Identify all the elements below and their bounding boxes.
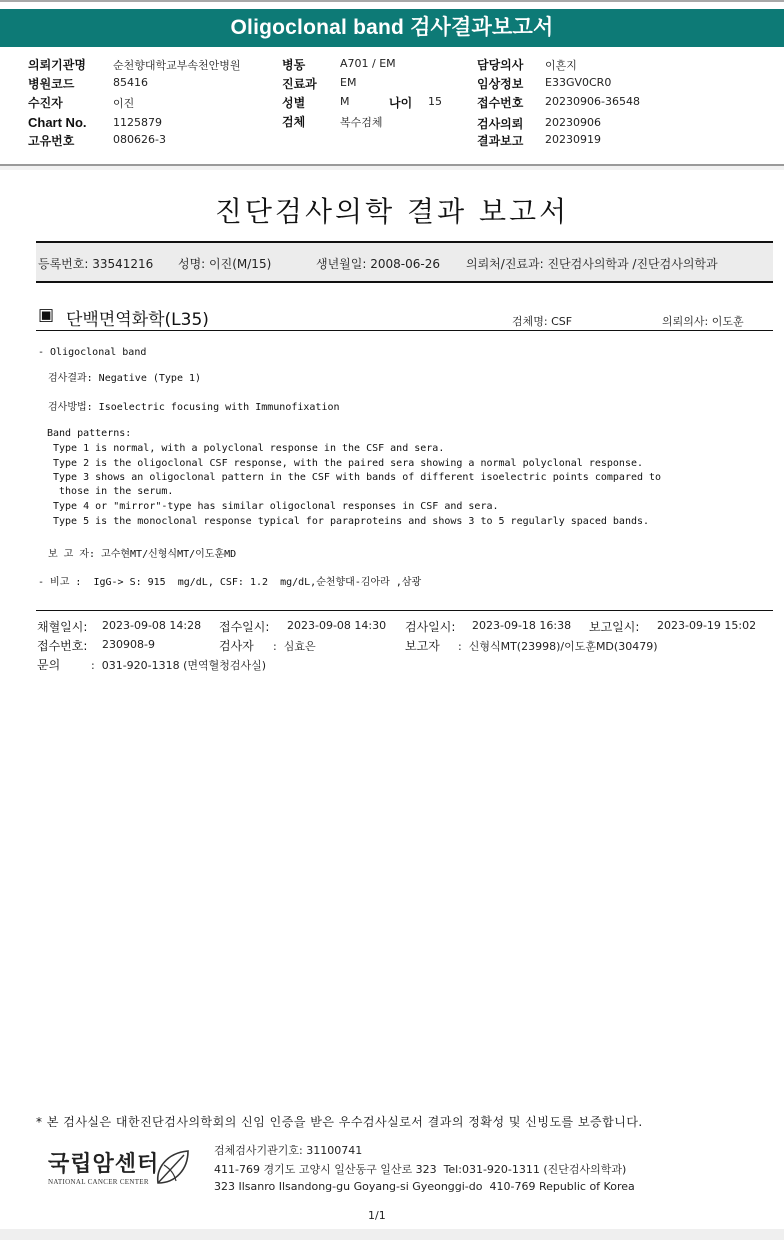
date-of-birth: 생년월일: 2008-06-26 xyxy=(316,255,440,272)
value-sex: M xyxy=(340,95,350,108)
value-collect-time: 2023-09-08 14:28 xyxy=(102,619,201,632)
band-pattern-line: Type 3 shows an oligoclonal pattern in t… xyxy=(53,472,661,483)
report-banner-title: Oligoclonal band 검사결과보고서 xyxy=(0,9,784,47)
band-pattern-line: Type 2 is the oligoclonal CSF response, … xyxy=(53,458,643,469)
band-pattern-line: Type 4 or "mirror"-type has similar olig… xyxy=(53,501,499,512)
logo-korean: 국립암센터 xyxy=(48,1147,159,1178)
institution-code: 검체검사기관기호: 31100741 xyxy=(214,1142,362,1158)
address-korean: 411-769 경기도 고양시 일산동구 일산로 323 Tel:031-920… xyxy=(214,1161,626,1177)
registration-number: 등록번호: 33541216 xyxy=(38,255,153,272)
reporters: 보 고 자: 고수현MT/신형식MT/이도훈MD xyxy=(48,545,236,560)
label-sex: 성별 xyxy=(282,94,305,111)
label-clinical-info: 임상정보 xyxy=(477,75,523,92)
label-collect-time: 채혈일시: xyxy=(37,618,87,635)
top-border xyxy=(0,0,784,5)
label-chart-no: Chart No. xyxy=(28,115,87,130)
value-clinical-info: E33GV0CR0 xyxy=(545,76,611,89)
leaf-logo-icon xyxy=(152,1147,192,1187)
label-receive-time: 접수일시: xyxy=(219,618,269,635)
value-result-report: 20230919 xyxy=(545,133,601,146)
value-test-request: 20230906 xyxy=(545,116,601,129)
report-title: 진단검사의학 결과 보고서 xyxy=(0,190,784,230)
label-hospital-code: 병원코드 xyxy=(28,75,74,92)
page-number: 1/1 xyxy=(368,1209,386,1222)
address-english: 323 Ilsanro Ilsandong-gu Goyang-si Gyeon… xyxy=(214,1180,635,1193)
page-bottom-band xyxy=(0,1229,784,1240)
value-report-time: 2023-09-19 15:02 xyxy=(657,619,756,632)
value-tester: : 심효은 xyxy=(273,638,316,654)
value-contact: : 031-920-1318 (면역혈청검사실) xyxy=(91,657,266,673)
value-test-time: 2023-09-18 16:38 xyxy=(472,619,571,632)
value-department: EM xyxy=(340,76,356,89)
specimen-name: 검체명: CSF xyxy=(512,313,572,329)
section-icon: ▣ xyxy=(38,305,54,325)
label-referring-institution: 의뢰기관명 xyxy=(28,56,86,73)
label-patient: 수진자 xyxy=(28,94,63,111)
details-divider xyxy=(36,610,773,611)
test-name: - Oligoclonal band xyxy=(38,347,146,358)
band-patterns-title: Band patterns: xyxy=(47,428,131,439)
test-result: 검사결과: Negative (Type 1) xyxy=(48,369,201,384)
label-report-time: 보고일시: xyxy=(589,618,639,635)
referring-doctor: 의뢰의사: 이도훈 xyxy=(662,313,744,329)
value-hospital-code: 85416 xyxy=(113,76,148,89)
value-accession: 230908-9 xyxy=(102,638,155,651)
label-unique-no: 고유번호 xyxy=(28,132,74,149)
label-age: 나이 xyxy=(389,94,412,111)
label-reporter: 보고자 xyxy=(405,637,440,654)
header-shadow xyxy=(0,166,784,170)
label-test-request: 검사의뢰 xyxy=(477,115,523,132)
accreditation-note: * 본 검사실은 대한진단검사의학회의 신임 인증을 받은 우수검사실로서 결과… xyxy=(36,1113,643,1130)
value-accession-no: 20230906-36548 xyxy=(545,95,640,108)
value-receive-time: 2023-09-08 14:30 xyxy=(287,619,386,632)
referring-department: 의뢰처/진료과: 진단검사의학과 /진단검사의학과 xyxy=(466,255,718,272)
label-result-report: 결과보고 xyxy=(477,132,523,149)
value-patient: 이진 xyxy=(113,95,134,111)
band-pattern-line: Type 1 is normal, with a polyclonal resp… xyxy=(53,443,444,454)
label-accession: 접수번호: xyxy=(37,637,87,654)
value-attending-doctor: 이흔지 xyxy=(545,57,577,73)
label-tester: 검사자 xyxy=(219,637,254,654)
value-ward: A701 / EM xyxy=(340,57,396,70)
value-age: 15 xyxy=(428,95,442,108)
label-attending-doctor: 담당의사 xyxy=(477,56,523,73)
patient-name: 성명: 이진(M/15) xyxy=(178,255,271,272)
value-chart-no: 1125879 xyxy=(113,116,162,129)
label-ward: 병동 xyxy=(282,56,305,73)
band-pattern-line: those in the serum. xyxy=(53,486,173,497)
label-accession-no: 접수번호 xyxy=(477,94,523,111)
band-pattern-line: Type 5 is the monoclonal response typica… xyxy=(53,516,649,527)
remark: - 비고 : IgG-> S: 915 mg/dL, CSF: 1.2 mg/d… xyxy=(38,573,421,588)
value-unique-no: 080626-3 xyxy=(113,133,166,146)
label-contact: 문의 xyxy=(37,656,60,673)
value-referring-institution: 순천향대학교부속천안병원 xyxy=(113,57,241,73)
national-cancer-center-logo: 국립암센터 NATIONAL CANCER CENTER xyxy=(48,1147,159,1186)
label-specimen: 검체 xyxy=(282,113,305,130)
patient-info-bar: 등록번호: 33541216 성명: 이진(M/15) 생년월일: 2008-0… xyxy=(36,241,773,283)
section-underline xyxy=(36,330,773,331)
section-title: 단백면역화학(L35) xyxy=(66,305,209,330)
label-test-time: 검사일시: xyxy=(405,618,455,635)
logo-english: NATIONAL CANCER CENTER xyxy=(48,1178,159,1186)
test-method: 검사방법: Isoelectric focusing with Immunofi… xyxy=(48,398,340,413)
value-reporter: : 신형식MT(23998)/이도훈MD(30479) xyxy=(458,638,657,654)
value-specimen: 복수검체 xyxy=(340,114,383,130)
label-department: 진료과 xyxy=(282,75,317,92)
